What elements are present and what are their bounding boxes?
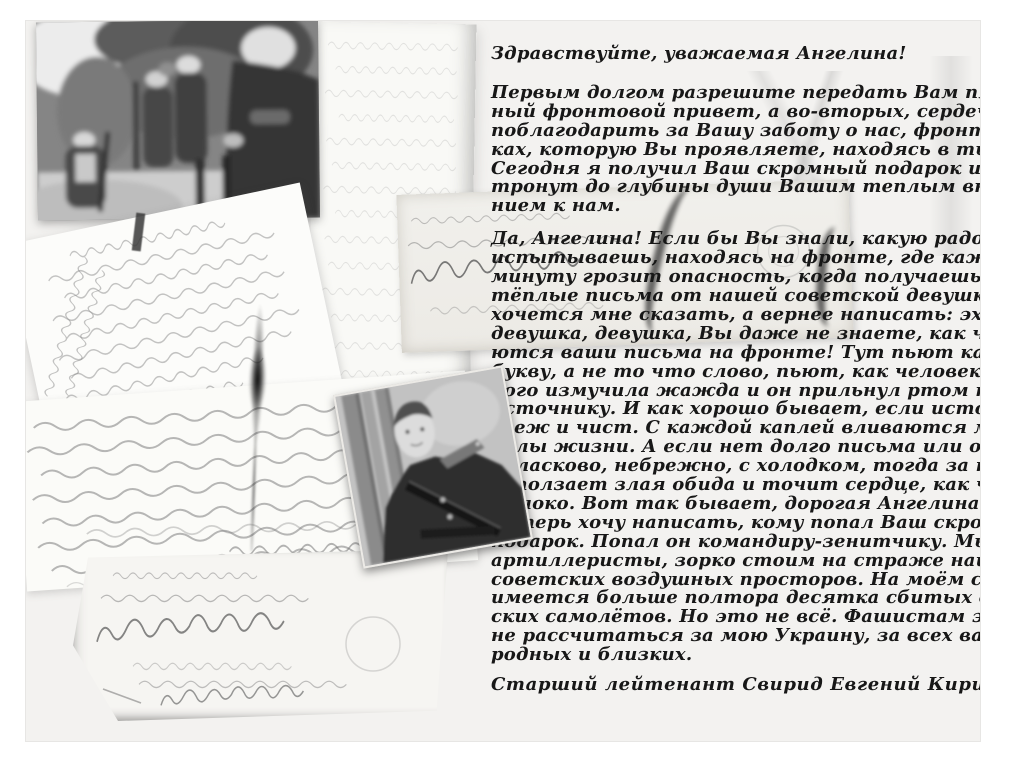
envelope-handwriting [73, 549, 448, 721]
officer-portrait-image [335, 368, 530, 567]
letter-greeting: Здравствуйте, уважаемая Ангелина! [491, 45, 981, 64]
slide: Здравствуйте, уважаемая Ангелина! Первым… [25, 20, 981, 742]
letter-text: Здравствуйте, уважаемая Ангелина! Первым… [491, 45, 981, 695]
letter-signature: Старший лейтенант Свирид Евгений Кирилло… [491, 676, 981, 695]
envelope-bottom [73, 549, 448, 721]
officer-portrait-photo [333, 365, 533, 568]
presentation-canvas: Здравствуйте, уважаемая Ангелина! Первым… [0, 0, 1024, 767]
letter-paragraph-2: Да, Ангелина! Если бы Вы знали, какую ра… [491, 230, 981, 665]
letter-paragraph-1: Первым долгом разрешите передать Вам пла… [491, 84, 981, 216]
